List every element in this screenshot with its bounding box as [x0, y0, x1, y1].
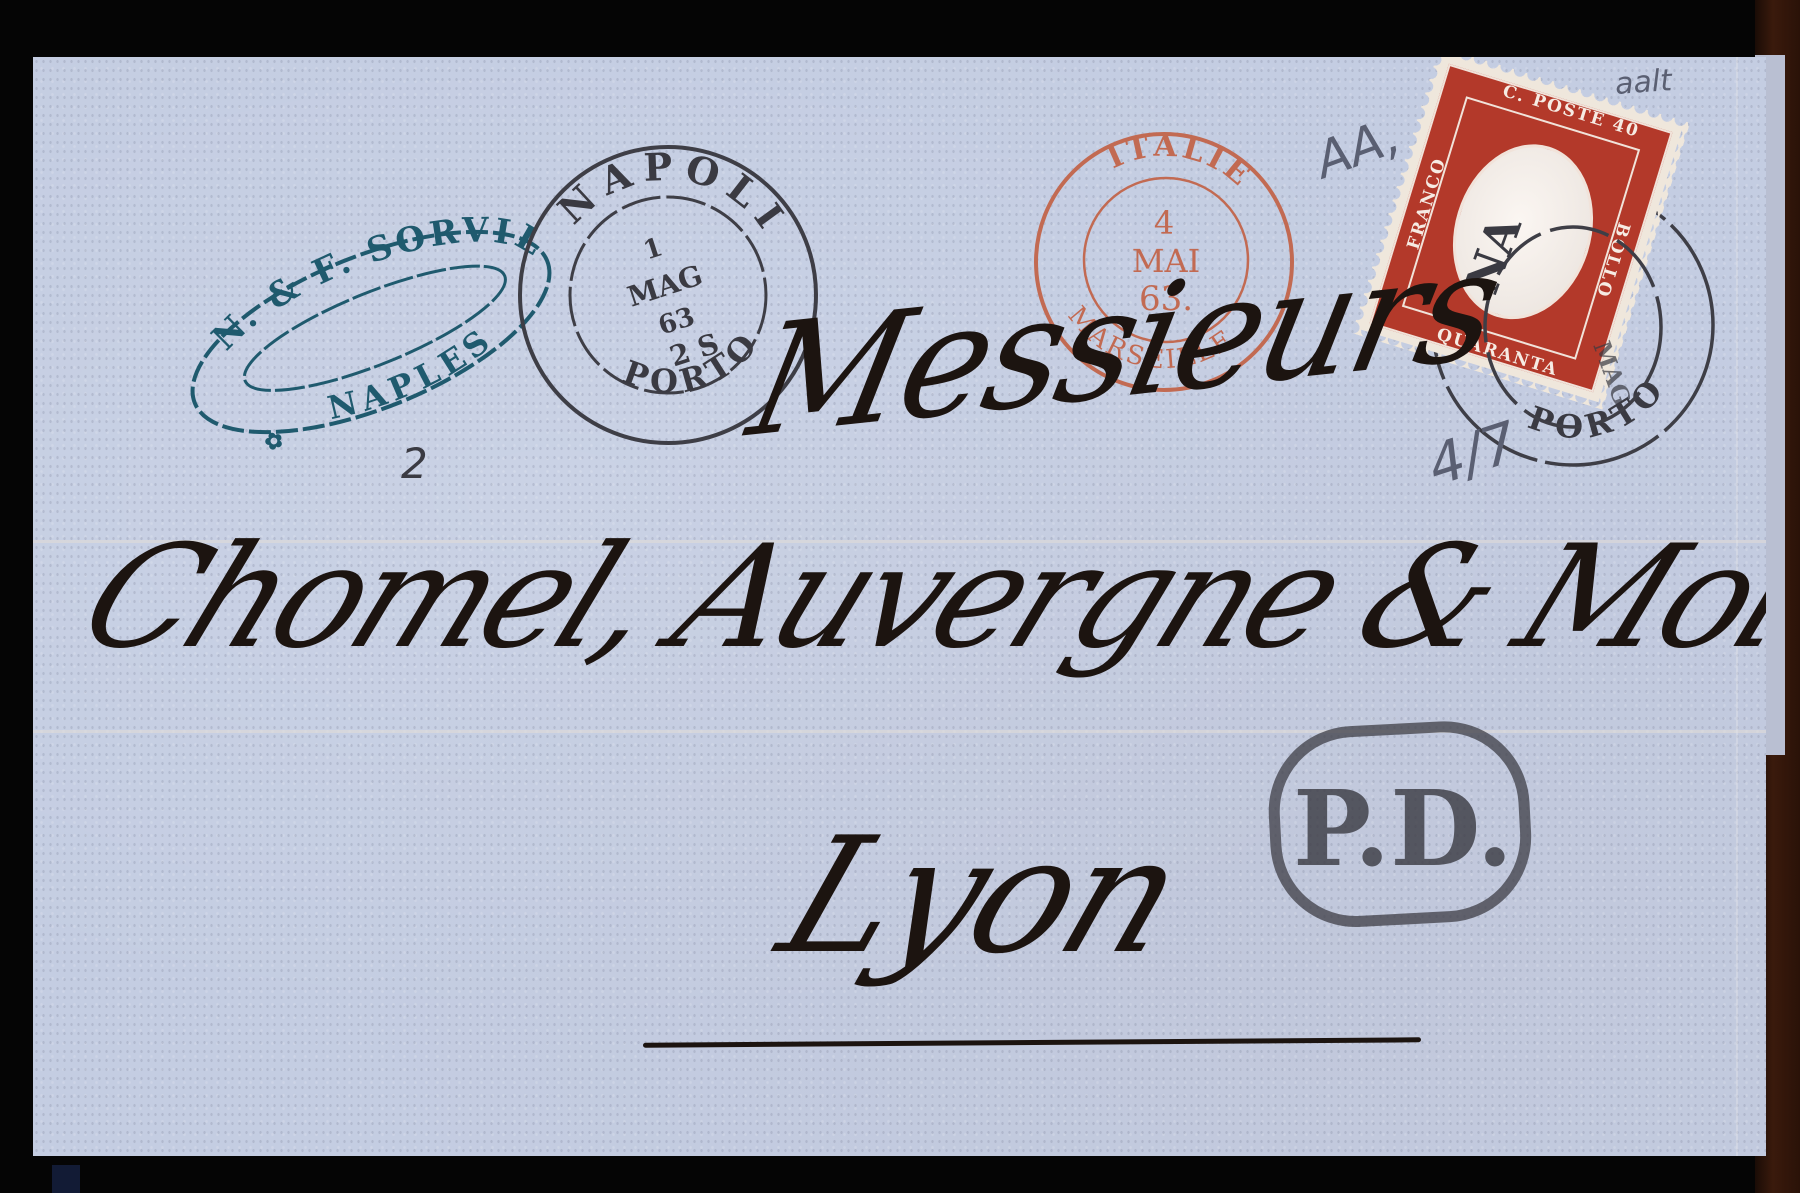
- pd-mark: P.D.: [1263, 715, 1543, 935]
- cover-paper: N. & F. SORVILLO NAPLES ✿ NAPOLI PORTO 1…: [33, 57, 1766, 1156]
- pd-text: P.D.: [1293, 767, 1513, 890]
- napoli-month: MAG: [624, 258, 707, 313]
- napoli-city-text: NAPOLI: [549, 143, 798, 244]
- cachet-city-text: NAPLES: [315, 314, 507, 433]
- pencil-note-near-stamp: AA,: [1308, 106, 1408, 190]
- svg-text:N. & F. SORVILLO: N. & F. SORVILLO: [93, 87, 562, 416]
- addressee-text: Chomel, Auvergne & Mollard: [60, 515, 1766, 680]
- italie-text: ITALIE: [1102, 129, 1259, 196]
- pencil-note-top-right: aalt: [1614, 63, 1673, 102]
- svg-text:NAPOLI: NAPOLI: [549, 143, 798, 244]
- pencil-left-mark: 2: [401, 439, 428, 488]
- cachet-name-text: N. & F. SORVILLO: [93, 87, 562, 416]
- frame-detail: [52, 1165, 80, 1193]
- address-underline: [643, 1037, 1421, 1047]
- napoli-day: 1: [640, 232, 666, 266]
- city-text: Lyon: [759, 802, 1204, 989]
- svg-text:ITALIE: ITALIE: [1102, 129, 1259, 196]
- stamp-cancel-month: MAG: [1587, 337, 1637, 409]
- marseille-day: 4: [1154, 204, 1174, 242]
- svg-text:NAPLES: NAPLES: [315, 314, 507, 433]
